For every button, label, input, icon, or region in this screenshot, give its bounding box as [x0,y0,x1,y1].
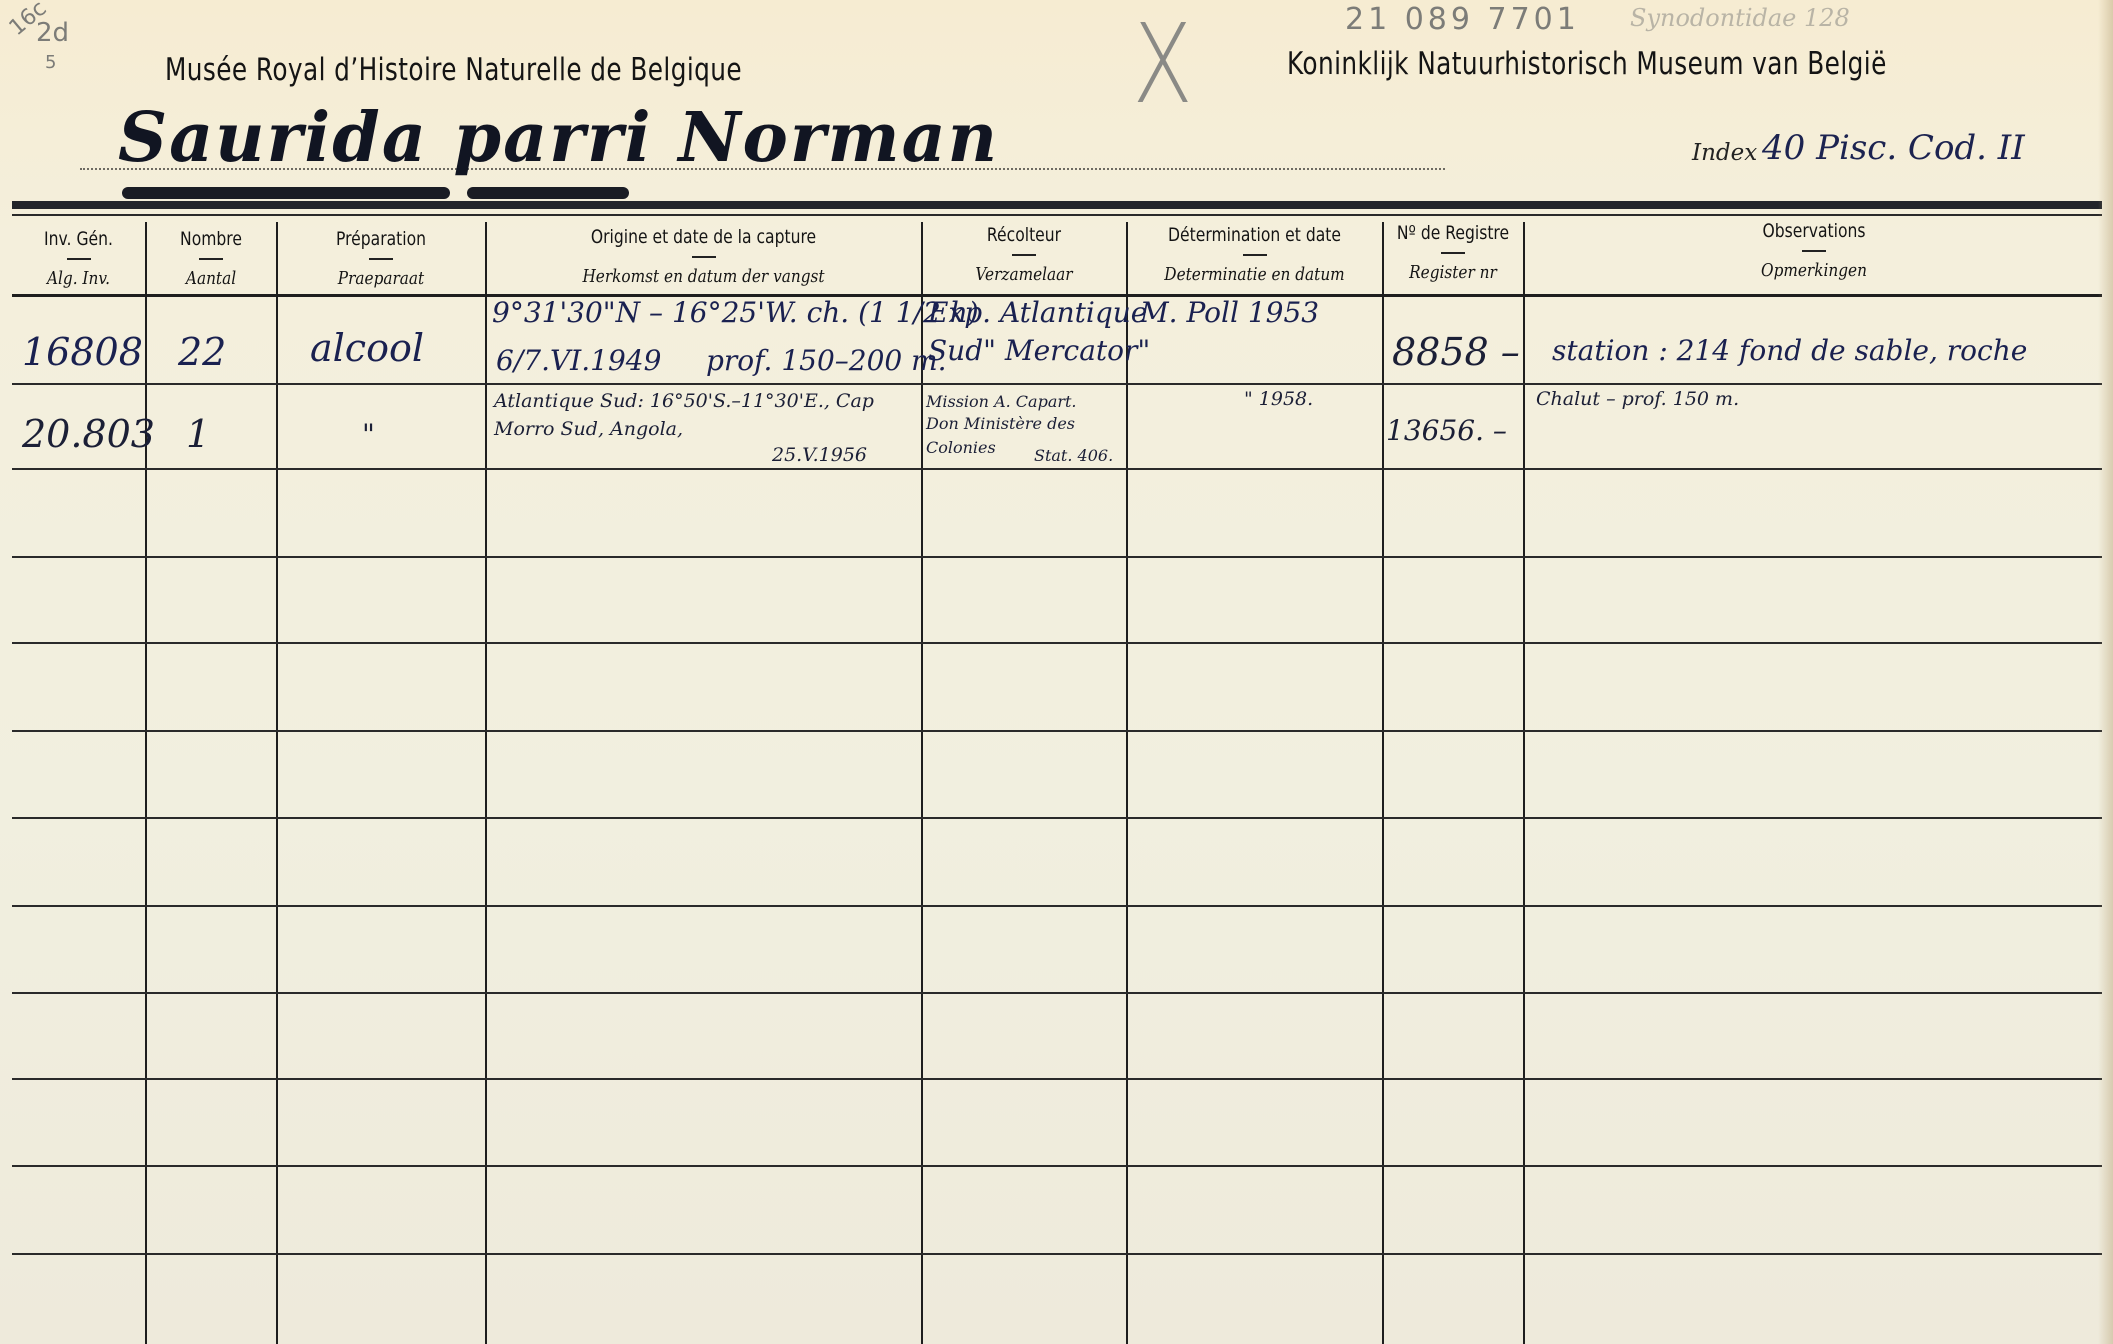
column-divider [1382,222,1384,1344]
corner-note-3: 5 [45,52,56,73]
cell-origine-line1: 9°31'30"N – 16°25'W. ch. (1 1/2 h) [492,296,979,329]
cell-recolteur-line1: Exp. Atlantique [928,296,1147,329]
cell-determination: " 1958. [1244,388,1313,410]
row-line [12,992,2102,994]
header-nl: Aantal [156,268,267,289]
genus-underline [122,187,450,199]
header-thick-rule [12,201,2102,209]
column-divider [921,222,923,1344]
specimen-record-card: 16c 2d 5 21 089 7701 Synodontidae 128 X … [0,0,2113,1344]
cell-registre: 13656. – [1386,414,1507,447]
cell-nombre: 1 [186,412,210,456]
header-fr: Origine et date de la capture [525,226,882,248]
row-line [12,1253,2102,1255]
column-header-nombre: NombreAantal [146,228,276,289]
cell-nombre: 22 [178,330,226,374]
cell-registre: 8858 – [1392,330,1520,374]
cell-inv: 20.803 [22,412,155,456]
cell-recolteur-line3: Colonies [926,438,996,457]
row-line [12,1078,2102,1080]
cell-origine-line3: prof. 150–200 m. [706,344,947,377]
species-underline [467,187,629,199]
column-header-preparation: PréparationPraeparaat [277,228,485,289]
column-divider [1523,222,1525,1344]
header-nl: Determinatie en datum [1146,264,1363,285]
cell-origine-line1: Atlantique Sud: 16°50'S.–11°30'E., Cap [494,390,874,412]
index-value: 40 Pisc. Cod. II [1762,128,2025,168]
header-nl: Verzamelaar [937,264,1110,285]
row-line [12,383,2102,385]
row-line [12,642,2102,644]
card-edge-shadow [2098,0,2113,1344]
cell-recolteur-line2: Don Ministère des [926,414,1075,433]
row-line [12,730,2102,732]
column-header-registre: Nº de RegistreRegister nr [1383,222,1523,283]
cell-recolteur-line4: Stat. 406. [1034,446,1113,465]
column-header-determination: Détermination et dateDeterminatie en dat… [1127,224,1382,285]
header-dash [199,258,223,260]
column-header-inv: Inv. Gén.Alg. Inv. [12,228,145,289]
index-label: Index [1692,140,1757,166]
row-line [12,817,2102,819]
column-divider [1126,222,1128,1344]
column-header-observations: ObservationsOpmerkingen [1524,220,2104,281]
pencil-family-note: Synodontidae 128 [1630,4,1850,32]
column-header-origine: Origine et date de la captureHerkomst en… [486,226,921,287]
cell-observations-line1: station : 214 fond de sable, roche [1552,334,2027,367]
cell-recolteur-line2: Sud" Mercator" [928,334,1150,367]
column-divider [485,222,487,1344]
cell-preparation: alcool [310,326,424,370]
header-dash [1802,250,1826,252]
header-dash [1012,254,1036,256]
header-fr: Récolteur [940,224,1107,246]
corner-note-2: 2d [36,18,69,48]
inventory-stamp-number: 21 089 7701 [1345,2,1580,37]
cell-origine-line3: 25.V.1956 [772,444,867,466]
header-nl: Praeparaat [293,268,470,289]
header-fr: Détermination et date [1150,224,1359,246]
species-name: Saurida parri Norman [118,98,999,178]
row-line [12,905,2102,907]
cell-determination: M. Poll 1953 [1140,296,1319,329]
header-dash [692,256,716,258]
museum-name-nl: Koninklijk Natuurhistorisch Museum van B… [1287,46,1887,82]
header-dash [67,258,91,260]
pencil-x-mark: X [1133,0,1193,128]
cell-preparation: " [362,418,375,451]
row-line [12,1165,2102,1167]
column-divider [145,222,147,1344]
cell-observations-line1: Chalut – prof. 150 m. [1536,388,1739,410]
header-fr: Nº de Registre [1396,222,1511,244]
cell-inv: 16808 [22,330,143,374]
header-fr: Nombre [158,228,265,250]
header-dash [369,258,393,260]
header-dash [1441,252,1465,254]
header-nl: Register nr [1394,262,1513,283]
header-nl: Alg. Inv. [22,268,135,289]
row-line [12,556,2102,558]
header-nl: Herkomst en datum der vangst [519,266,889,287]
cell-origine-line2: Morro Sud, Angola, [494,418,683,440]
cell-origine-line2: 6/7.VI.1949 [496,344,661,377]
header-nl: Opmerkingen [1568,260,2061,281]
header-fr: Observations [1576,220,2052,242]
column-header-recolteur: RécolteurVerzamelaar [922,224,1126,285]
row-line [12,468,2102,470]
header-thin-rule [12,214,2102,216]
column-divider [276,222,278,1344]
header-fr: Préparation [296,228,467,250]
header-fr: Inv. Gén. [24,228,133,250]
cell-recolteur-line1: Mission A. Capart. [926,392,1077,411]
header-dash [1243,254,1267,256]
museum-name-fr: Musée Royal d’Histoire Naturelle de Belg… [165,52,742,88]
